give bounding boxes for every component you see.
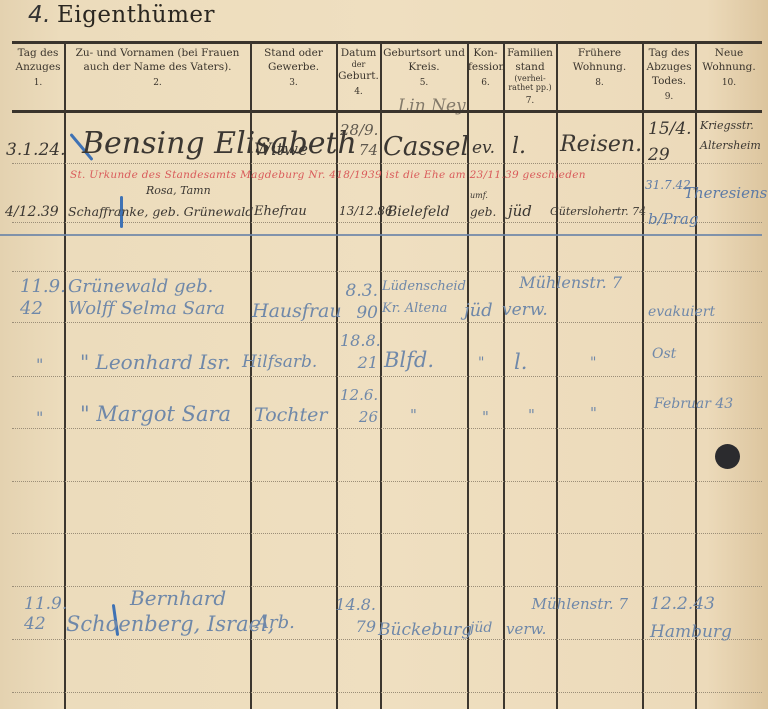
cell-occupation: Ehefrau [254, 204, 307, 219]
cell-marital: verw. [506, 620, 546, 638]
cell-marital: verw. [502, 300, 548, 320]
header-text: auch der Name des Vaters). [65, 60, 250, 74]
header-text: (verhei-rathet pp.) [504, 74, 556, 92]
cell-name-above: Bernhard [130, 586, 226, 610]
row-guide [12, 533, 762, 534]
header-bottom-rule [12, 110, 762, 113]
cell-move-out: 12.2.43 Hamburg [650, 590, 760, 646]
cell-occupation: Arb. [256, 612, 295, 633]
header-text: Wohnung. [557, 60, 642, 74]
header-text: Anzuges [12, 60, 64, 74]
header-col-8: Frühere Wohnung. 8. [557, 46, 642, 110]
row-guide [12, 586, 762, 587]
header-number: 8. [557, 76, 642, 90]
cell-prev-address: Mühlenstr. 7 [524, 592, 628, 616]
cell-prev-address: " [590, 355, 596, 371]
cell-prev-address: " [590, 404, 597, 422]
cell-name: " Leonhard Isr. [80, 350, 231, 374]
cell-religion: jüd [470, 620, 492, 636]
cell-birthplace: Lüdenscheid Kr. Altena [382, 276, 468, 320]
row-guide [12, 376, 762, 377]
cell-new-address: Theresienstadt b/Prag [648, 180, 768, 232]
header-col-9: Tag des Abzuges Todes. 9. [643, 46, 695, 110]
header-number: 3. [251, 76, 336, 90]
cell-birth-date: 18.8. 21 [340, 330, 378, 374]
cell-move-out: Februar 43 [654, 396, 733, 412]
cell-religion-above: umf. [470, 191, 488, 200]
header-col-2: Zu- und Vornamen (bei Frauen auch der Na… [65, 46, 250, 110]
cell-marital: jüd [508, 202, 532, 220]
blue-separator-line [0, 234, 762, 236]
cell-move-out: Ost [652, 346, 676, 362]
cell-birth-date: 14.8. 79 [324, 594, 376, 638]
header-text: Stand oder [251, 46, 336, 60]
header-number: 6. [468, 76, 503, 90]
header-number: 4. [337, 85, 380, 99]
header-col-10: Neue Wohnung. 10. [696, 46, 762, 110]
header-text: Kreis. [381, 60, 467, 74]
cell-birth-date: 28/9. 74 [340, 120, 378, 160]
header-col-7: Familien stand (verhei-rathet pp.) 7. [504, 46, 556, 110]
header-text: Neue [696, 46, 762, 60]
cell-marital: " [528, 406, 535, 424]
cell-birth-date: 12.6. 26 [340, 384, 378, 428]
cell-occupation: Hausfrau [252, 300, 342, 322]
cell-religion: ev. [472, 138, 495, 158]
cell-birthplace: Bückeburg [378, 620, 472, 640]
cell-name: Schaffranke, geb. Grünewald [68, 204, 253, 219]
header-number: 5. [381, 76, 467, 90]
header-number: 7. [504, 94, 556, 108]
header-text: Familien [504, 46, 556, 60]
cell-prev-address: Reisen. [560, 132, 642, 157]
cell-marital: l. [512, 134, 526, 159]
header-text: der [337, 60, 380, 69]
page-title: 4.Eigenthümer [28, 2, 215, 28]
row-guide [12, 322, 762, 323]
cell-name: Bensing Elisabeth [82, 126, 357, 161]
header-text: Wohnung. [696, 60, 762, 74]
header-number: 2. [65, 76, 250, 90]
cell-occupation: Hilfsarb. [242, 352, 317, 372]
header-number: 9. [643, 90, 695, 104]
cell-occupation: Witwe [254, 140, 308, 160]
header-col-6: Kon- fession 6. [468, 46, 503, 110]
cell-marital: l. [514, 350, 527, 374]
cell-occupation: Tochter [254, 404, 327, 426]
cell-birthplace: Cassel [383, 132, 469, 162]
cell-prev-address: Mühlenstr. 7 [512, 270, 622, 296]
header-top-rule [12, 41, 762, 44]
cell-move-out: evakuiert [648, 304, 715, 320]
row-guide [12, 481, 762, 482]
row-guide [12, 692, 762, 693]
cell-move-in: 4/12.39 [5, 204, 59, 220]
header-text: Kon- [468, 46, 503, 60]
cell-birthplace: Blfd. [384, 348, 434, 372]
cell-name-above: Rosa, Tamn [146, 184, 211, 197]
cell-birth-date: 8.3. 90 [340, 280, 378, 324]
header-text: Todes. [643, 74, 695, 88]
cell-move-in: 11.9. 42 [20, 276, 64, 320]
header-number: 1. [12, 76, 64, 90]
cell-name: " Margot Sara [80, 402, 231, 426]
cell-religion: " [482, 408, 489, 426]
header-text: Gewerbe. [251, 60, 336, 74]
header-text: Tag des [12, 46, 64, 60]
cell-birth-date: 13/12.86 [339, 204, 393, 218]
cell-move-in: 11.9. 42 [24, 594, 64, 634]
punch-hole [715, 444, 740, 469]
cell-name: Schoenberg, Israel, [66, 612, 274, 636]
row-guide [12, 428, 762, 429]
section-title: Eigenthümer [57, 2, 215, 28]
cell-name: Grünewald geb. Wolff Selma Sara [68, 276, 248, 320]
cell-religion: " [478, 355, 484, 371]
header-text: Datum [337, 46, 380, 60]
header-text: fession [468, 60, 503, 74]
cell-move-in: " [36, 355, 43, 374]
cell-prev-address: Güterslohertr. 74 [550, 205, 646, 218]
header-col-1: Tag des Anzuges 1. [12, 46, 64, 110]
cell-birthplace: " [410, 406, 417, 424]
section-number: 4. [28, 2, 51, 28]
header-annotation: Lin Ney [398, 96, 466, 116]
divorce-note: St. Urkunde des Standesamts Magdeburg Nr… [70, 169, 586, 181]
cell-move-in: 3.1.24. [6, 140, 65, 160]
cell-religion: geb. [470, 205, 496, 219]
cell-move-out: 15/4. 29 [648, 116, 694, 168]
cell-new-address: Kriegsstr. Altersheim [700, 116, 764, 156]
cell-move-in: " [36, 408, 43, 427]
cell-birthplace: Bielefeld [387, 204, 450, 220]
cell-religion: jüd [464, 300, 493, 321]
header-text: Zu- und Vornamen (bei Frauen [65, 46, 250, 60]
header-text: Geburtsort und [381, 46, 467, 60]
row-guide [12, 271, 762, 272]
header-col-3: Stand oder Gewerbe. 3. [251, 46, 336, 110]
header-text: Frühere [557, 46, 642, 60]
header-text: Abzuges [643, 60, 695, 74]
header-col-4: Datum der Geburt. 4. [337, 46, 380, 110]
header-number: 10. [696, 76, 762, 90]
header-text: stand [504, 60, 556, 74]
header-text: Geburt. [337, 69, 380, 83]
header-text: Tag des [643, 46, 695, 60]
